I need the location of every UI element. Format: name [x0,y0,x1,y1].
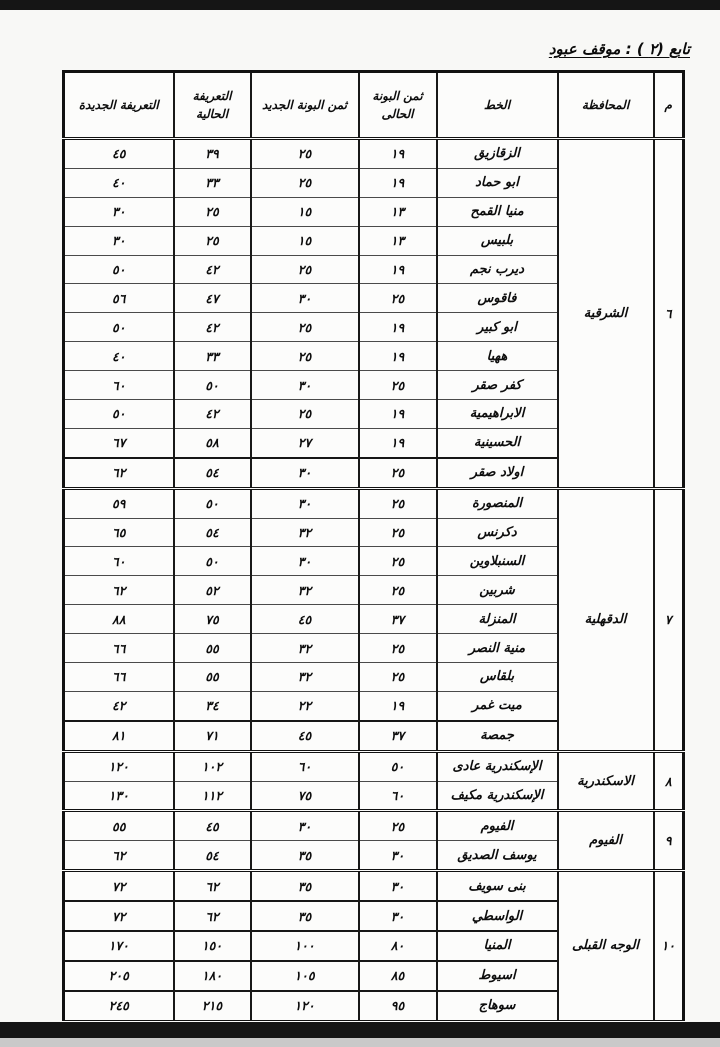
cell-current-tariff: ٥٤ [174,841,251,871]
cell-current-tariff: ٤٢ [174,400,251,429]
cell-line: الإسكندرية مكيف [437,781,558,811]
cell-current-bonus: ٢٥ [359,458,437,488]
cell-current-bonus: ١٩ [359,255,437,284]
cell-current-bonus: ١٩ [359,342,437,371]
cell-new-bonus: ١٥ [251,197,359,226]
cell-line: الفيوم [437,811,558,841]
cell-new-tariff: ٤٥ [64,139,174,169]
cell-current-tariff: ٥٠ [174,488,251,518]
cell-current-tariff: ٥٠ [174,371,251,400]
fare-table: م المحافظة الخط ثمن البونة الحالى ثمن ال… [62,70,685,1047]
cell-new-bonus: ٣٥ [251,871,359,901]
cell-new-tariff: ٢٠٥ [64,961,174,991]
cell-current-tariff: ٦٢ [174,871,251,901]
cell-line: اسيوط [437,961,558,991]
cell-new-tariff: ٤٠ [64,168,174,197]
cell-new-tariff: ٦٦ [64,663,174,692]
page-title: تابع (٢ ) : موقف عبود [549,40,690,58]
cell-current-bonus: ٣٠ [359,901,437,931]
cell-line: المنيا [437,931,558,961]
cell-current-bonus: ١٩ [359,313,437,342]
scan-page: تابع (٢ ) : موقف عبود م المحافظة الخط ثم… [0,0,720,1047]
cell-line: السنبلاوين [437,547,558,576]
cell-current-bonus: ٨٠ [359,931,437,961]
cell-new-bonus: ١٥ [251,226,359,255]
cell-current-bonus: ٣٠ [359,871,437,901]
cell-current-bonus: ٢٥ [359,634,437,663]
cell-current-bonus: ٩٥ [359,991,437,1021]
cell-new-bonus: ٤٥ [251,605,359,634]
cell-new-bonus: ٣٠ [251,811,359,841]
cell-current-tariff: ٣٩ [174,139,251,169]
cell-current-bonus: ٢٥ [359,811,437,841]
cell-line: الإسكندرية عادى [437,751,558,781]
cell-index: ٩ [654,811,684,871]
cell-new-bonus: ٤٥ [251,721,359,751]
cell-new-tariff: ٣٠ [64,197,174,226]
cell-line: منيا القمح [437,197,558,226]
cell-line: اولاد صقر [437,458,558,488]
cell-current-tariff: ٧١ [174,721,251,751]
cell-current-bonus: ١٩ [359,139,437,169]
cell-new-bonus: ٣٠ [251,284,359,313]
cell-new-tariff: ٥٠ [64,313,174,342]
cell-new-bonus: ٢٥ [251,255,359,284]
header-cell-governorate: المحافظة [558,72,654,139]
cell-new-tariff: ٥٩ [64,488,174,518]
cell-current-bonus: ٣٧ [359,605,437,634]
cell-new-bonus: ٣٠ [251,488,359,518]
cell-new-bonus: ٣٥ [251,901,359,931]
cell-current-tariff: ٧٥ [174,605,251,634]
cell-new-tariff: ٥٥ [64,811,174,841]
cell-new-bonus: ٢٥ [251,313,359,342]
cell-new-tariff: ٥٠ [64,400,174,429]
cell-line: المنصورة [437,488,558,518]
cell-current-tariff: ٣٣ [174,342,251,371]
cell-current-bonus: ٢٥ [359,547,437,576]
cell-new-bonus: ٣٠ [251,547,359,576]
cell-new-tariff: ٦٢ [64,576,174,605]
cell-current-bonus: ٢٥ [359,663,437,692]
table-row: ٩الفيومالفيوم٢٥٣٠٤٥٥٥ [64,811,684,841]
cell-current-tariff: ٤٥ [174,811,251,841]
cell-current-bonus: ٢٥ [359,284,437,313]
cell-current-tariff: ٢٥ [174,226,251,255]
cell-current-bonus: ١٩ [359,168,437,197]
cell-current-tariff: ٢٥ [174,197,251,226]
cell-new-tariff: ٦٠ [64,371,174,400]
table-header-row: م المحافظة الخط ثمن البونة الحالى ثمن ال… [64,72,684,139]
cell-line: المنزلة [437,605,558,634]
cell-new-tariff: ١٣٠ [64,781,174,811]
scan-artifact-bottom-strip [0,1038,720,1047]
cell-current-bonus: ١٩ [359,428,437,457]
cell-line: بنى سويف [437,871,558,901]
cell-current-tariff: ٤٢ [174,313,251,342]
table-row: ٧الدقهليةالمنصورة٢٥٣٠٥٠٥٩ [64,488,684,518]
cell-new-tariff: ١٧٠ [64,931,174,961]
cell-current-bonus: ١٣ [359,197,437,226]
cell-current-bonus: ٦٠ [359,781,437,811]
cell-current-bonus: ٢٥ [359,371,437,400]
cell-new-tariff: ٢٤٥ [64,991,174,1021]
cell-current-bonus: ٣٧ [359,721,437,751]
cell-new-bonus: ٢٥ [251,168,359,197]
table-row: ١٠الوجه القبلىبنى سويف٣٠٣٥٦٢٧٢ [64,871,684,901]
cell-new-bonus: ٣٢ [251,576,359,605]
cell-current-bonus: ١٩ [359,691,437,720]
cell-current-tariff: ٢١٥ [174,991,251,1021]
table-row: ٨الاسكندريةالإسكندرية عادى٥٠٦٠١٠٢١٢٠ [64,751,684,781]
cell-new-tariff: ١٢٠ [64,751,174,781]
cell-current-tariff: ١٠٢ [174,751,251,781]
cell-line: الابراهيمية [437,400,558,429]
cell-new-tariff: ٦٥ [64,518,174,547]
cell-line: الحسينية [437,428,558,457]
cell-governorate: الفيوم [558,811,654,871]
cell-current-tariff: ١٨٠ [174,961,251,991]
cell-current-tariff: ٦٢ [174,901,251,931]
cell-current-tariff: ٣٣ [174,168,251,197]
cell-new-tariff: ٧٢ [64,871,174,901]
scan-artifact-top-bar [0,0,720,10]
table-row: ٦الشرقيةالزقازيق١٩٢٥٣٩٤٥ [64,139,684,169]
cell-current-bonus: ١٩ [359,400,437,429]
cell-line: ههيا [437,342,558,371]
cell-new-bonus: ٣٢ [251,663,359,692]
cell-current-bonus: ٣٠ [359,841,437,871]
cell-new-tariff: ٥٦ [64,284,174,313]
cell-index: ١٠ [654,871,684,1021]
cell-index: ٧ [654,488,684,751]
cell-new-tariff: ٦٢ [64,841,174,871]
cell-new-bonus: ٣٢ [251,518,359,547]
cell-new-bonus: ٢٥ [251,139,359,169]
header-cell-current-bonus: ثمن البونة الحالى [359,72,437,139]
cell-new-tariff: ٦٢ [64,458,174,488]
cell-new-bonus: ١٠٠ [251,931,359,961]
cell-current-tariff: ٤٢ [174,255,251,284]
cell-current-bonus: ٥٠ [359,751,437,781]
header-cell-index: م [654,72,684,139]
header-cell-line: الخط [437,72,558,139]
cell-new-bonus: ٢٥ [251,342,359,371]
cell-current-bonus: ١٣ [359,226,437,255]
cell-line: يوسف الصديق [437,841,558,871]
cell-current-tariff: ١٥٠ [174,931,251,961]
scan-artifact-bottom-bar [0,1022,720,1038]
cell-line: سوهاج [437,991,558,1021]
cell-governorate: الاسكندرية [558,751,654,811]
cell-new-tariff: ٨١ [64,721,174,751]
cell-new-bonus: ٣٠ [251,458,359,488]
cell-current-tariff: ٥٤ [174,518,251,547]
cell-line: ابو حماد [437,168,558,197]
cell-current-tariff: ١١٢ [174,781,251,811]
cell-new-bonus: ٣٠ [251,371,359,400]
cell-governorate: الوجه القبلى [558,871,654,1021]
cell-new-tariff: ٦٦ [64,634,174,663]
cell-line: بلبيس [437,226,558,255]
cell-new-bonus: ١٢٠ [251,991,359,1021]
cell-current-tariff: ٥٠ [174,547,251,576]
cell-new-bonus: ٣٢ [251,634,359,663]
cell-current-bonus: ٢٥ [359,518,437,547]
cell-index: ٦ [654,139,684,489]
header-cell-new-tariff: التعريفة الجديدة [64,72,174,139]
cell-governorate: الشرقية [558,139,654,489]
cell-new-tariff: ٦٠ [64,547,174,576]
cell-new-tariff: ٤٢ [64,691,174,720]
cell-new-tariff: ٦٧ [64,428,174,457]
cell-current-bonus: ٢٥ [359,576,437,605]
cell-line: ابو كبير [437,313,558,342]
cell-current-bonus: ٢٥ [359,488,437,518]
cell-line: دكرنس [437,518,558,547]
cell-line: فاقوس [437,284,558,313]
cell-line: كفر صقر [437,371,558,400]
cell-new-bonus: ٢٢ [251,691,359,720]
cell-new-bonus: ٦٠ [251,751,359,781]
cell-new-bonus: ١٠٥ [251,961,359,991]
cell-governorate: الدقهلية [558,488,654,751]
cell-current-tariff: ٥٤ [174,458,251,488]
cell-new-tariff: ٨٨ [64,605,174,634]
cell-line: ديرب نجم [437,255,558,284]
cell-line: ميت غمر [437,691,558,720]
cell-line: الواسطي [437,901,558,931]
cell-new-tariff: ٣٠ [64,226,174,255]
cell-current-tariff: ٣٤ [174,691,251,720]
cell-current-tariff: ٥٢ [174,576,251,605]
cell-new-bonus: ٧٥ [251,781,359,811]
cell-new-tariff: ٥٠ [64,255,174,284]
cell-new-bonus: ٢٧ [251,428,359,457]
cell-current-tariff: ٤٧ [174,284,251,313]
cell-current-tariff: ٥٥ [174,663,251,692]
cell-line: منية النصر [437,634,558,663]
cell-current-bonus: ٨٥ [359,961,437,991]
cell-current-tariff: ٥٨ [174,428,251,457]
cell-line: جمصة [437,721,558,751]
cell-line: شربين [437,576,558,605]
header-cell-new-bonus: ثمن البونة الجديد [251,72,359,139]
cell-new-tariff: ٧٢ [64,901,174,931]
cell-line: بلقاس [437,663,558,692]
cell-new-tariff: ٤٠ [64,342,174,371]
table-body: ٦الشرقيةالزقازيق١٩٢٥٣٩٤٥ابو حماد١٩٢٥٣٣٤٠… [64,139,684,1047]
cell-line: الزقازيق [437,139,558,169]
cell-new-bonus: ٢٥ [251,400,359,429]
cell-current-tariff: ٥٥ [174,634,251,663]
header-cell-current-tariff: التعريفة الحالية [174,72,251,139]
cell-new-bonus: ٣٥ [251,841,359,871]
cell-index: ٨ [654,751,684,811]
